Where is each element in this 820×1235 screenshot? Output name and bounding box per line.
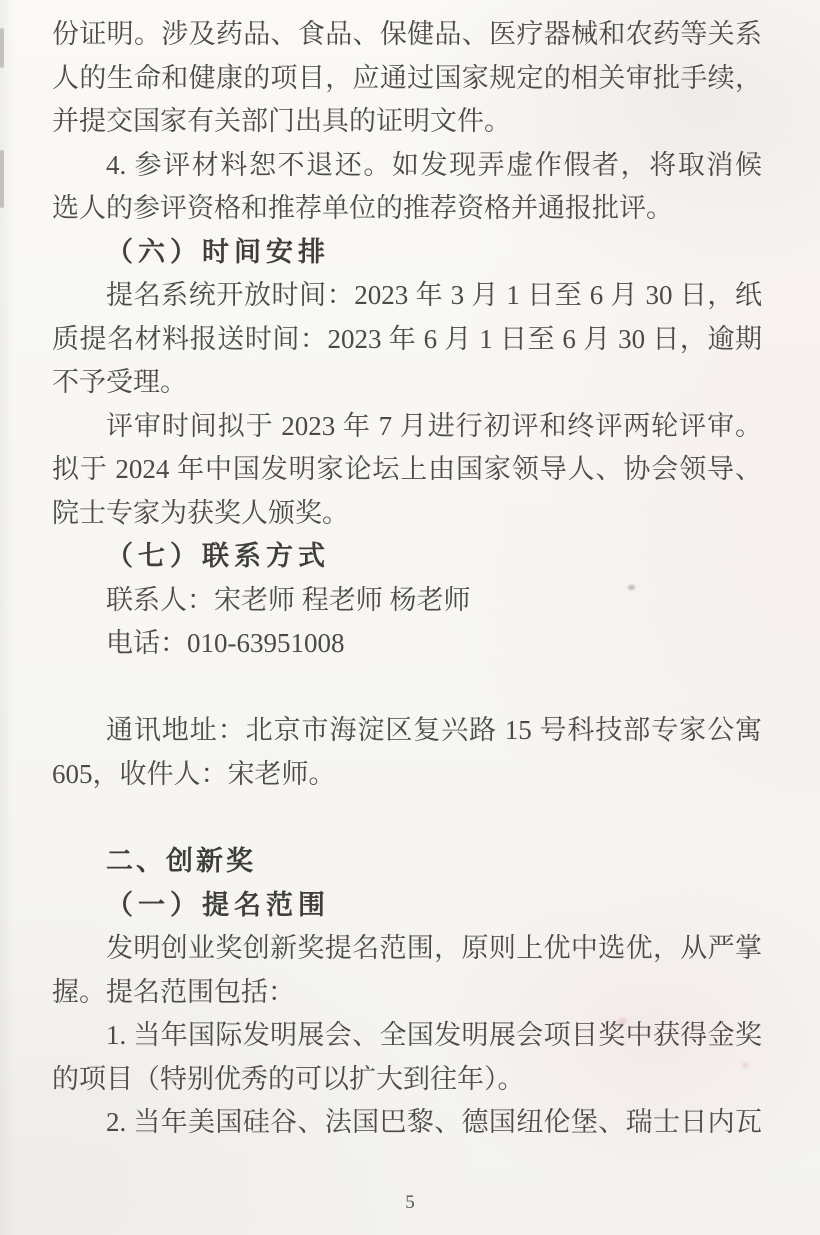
- body-line: 评审时间拟于 2023 年 7 月进行初评和终评两轮评审。: [52, 405, 762, 449]
- body-line: 质提名材料报送时间：2023 年 6 月 1 日至 6 月 30 日，逾期: [52, 318, 762, 362]
- scan-speck-artifact: [742, 1062, 749, 1068]
- list-item-1-line: 1. 当年国际发明展会、全国发明展会项目奖中获得金奖: [52, 1014, 762, 1058]
- section-heading-contact-info: （七）联系方式: [52, 535, 762, 579]
- scan-edge-artifact: [0, 150, 4, 208]
- email-line: 邮箱：fmxhzlb@163.com: [52, 666, 762, 710]
- section-heading-time-schedule: （六）时间安排: [52, 231, 762, 275]
- page-number: 5: [0, 1192, 820, 1214]
- contact-person-line: 联系人：宋老师 程老师 杨老师: [52, 579, 762, 623]
- body-line: 人的生命和健康的项目，应通过国家规定的相关审批手续，: [52, 57, 762, 101]
- address-line-2: 605，收件人：宋老师。: [52, 753, 762, 797]
- body-line: 院士专家为获奖人颁奖。: [52, 492, 762, 536]
- scan-speck-artifact: [628, 585, 635, 590]
- scan-speck-artifact: [618, 1018, 627, 1025]
- body-line: 的项目（特别优秀的可以扩大到往年）。: [52, 1058, 762, 1102]
- body-line: 拟于 2024 年中国发明家论坛上由国家领导人、协会领导、: [52, 448, 762, 492]
- scan-edge-artifact: [0, 28, 4, 68]
- body-line: 发明创业奖创新奖提名范围，原则上优中选优，从严掌: [52, 927, 762, 971]
- address-line: 通讯地址：北京市海淀区复兴路 15 号科技部专家公寓: [52, 709, 762, 753]
- body-line: 并提交国家有关部门出具的证明文件。: [52, 100, 762, 144]
- body-line: 握。提名范围包括：: [52, 971, 762, 1015]
- body-line: 不予受理。: [52, 361, 762, 405]
- list-item-2-line: 2. 当年美国硅谷、法国巴黎、德国纽伦堡、瑞士日内瓦: [52, 1101, 762, 1145]
- text-column: 份证明。涉及药品、食品、保健品、医疗器械和农药等关系 人的生命和健康的项目，应通…: [0, 0, 820, 1145]
- body-line: 选人的参评资格和推荐单位的推荐资格并通报批评。: [52, 187, 762, 231]
- phone-line: 电话：010-63951008: [52, 622, 762, 666]
- body-line: 提名系统开放时间：2023 年 3 月 1 日至 6 月 30 日，纸: [52, 274, 762, 318]
- body-line: 份证明。涉及药品、食品、保健品、医疗器械和农药等关系: [52, 13, 762, 57]
- chapter-heading-innovation-award: 二、创新奖: [52, 840, 762, 884]
- document-page: 份证明。涉及药品、食品、保健品、医疗器械和农药等关系 人的生命和健康的项目，应通…: [0, 0, 820, 1235]
- subsection-heading-nomination-scope: （一）提名范围: [52, 884, 762, 928]
- list-item-4-line: 4. 参评材料恕不退还。如发现弄虚作假者，将取消候: [52, 144, 762, 188]
